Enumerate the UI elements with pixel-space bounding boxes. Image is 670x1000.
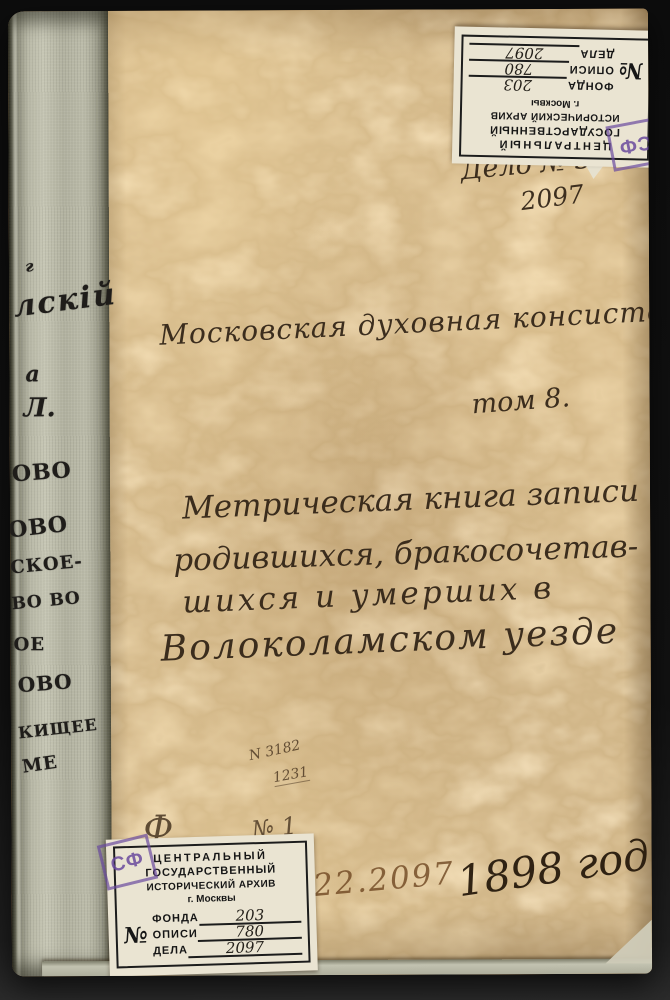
spine-fragment: лскій — [11, 277, 118, 325]
fond-label: ФОНДА — [152, 912, 199, 927]
number-sign: № — [123, 922, 149, 949]
delo-value: 2097 — [469, 43, 580, 60]
spine-fragment: а — [25, 361, 39, 387]
label-row-delo: ДЕЛА 2097 — [153, 939, 302, 959]
cloth-spine: г лскій а Л. ОВО ОВО СКОЕ- ВО ВО ОЕ ОВО … — [8, 11, 112, 976]
spine-fragment: ОВО — [17, 669, 73, 697]
label-row-delo: ДЕЛА 2097 — [469, 43, 614, 61]
opis-label: ОПИСИ — [152, 928, 198, 943]
spine-fragment: СКОЕ- — [10, 551, 84, 579]
fond-label: ФОНДА — [567, 77, 614, 92]
archive-label-top: СФ ЦЕНТРАЛЬНЫЙ ГОСУДАРСТВЕННЫЙ ИСТОРИЧЕС… — [452, 27, 652, 168]
spine-fragment: МЕ — [21, 752, 59, 778]
archive-label-bottom: СФ ЦЕНТРАЛЬНЫЙ ГОСУДАРСТВЕННЫЙ ИСТОРИЧЕС… — [106, 833, 318, 976]
spine-fragment: г — [23, 257, 35, 276]
spine-fragment: ВО ВО — [11, 588, 82, 614]
spine-fragment: КИЩЕЕ — [17, 715, 98, 743]
label-row-fond: ФОНДА 203 — [468, 75, 613, 93]
opis-label: ОПИСИ — [569, 61, 615, 76]
spine-fragment: ОЕ — [14, 634, 45, 655]
spine-fragment: ОВО — [11, 457, 73, 487]
sf-stamp-icon: СФ — [605, 117, 652, 172]
book-cover: г лскій а Л. ОВО ОВО СКОЕ- ВО ВО ОЕ ОВО … — [8, 9, 652, 977]
delo-label: ДЕЛА — [579, 46, 614, 61]
spine-fragment: ОВО — [8, 511, 69, 543]
spine-fragment: Л. — [24, 393, 56, 423]
delo-label: ДЕЛА — [153, 944, 188, 959]
number-sign: № — [617, 57, 644, 83]
photo-backdrop: г лскій а Л. ОВО ОВО СКОЕ- ВО ВО ОЕ ОВО … — [0, 0, 670, 1000]
delo-value: 2097 — [188, 939, 303, 957]
